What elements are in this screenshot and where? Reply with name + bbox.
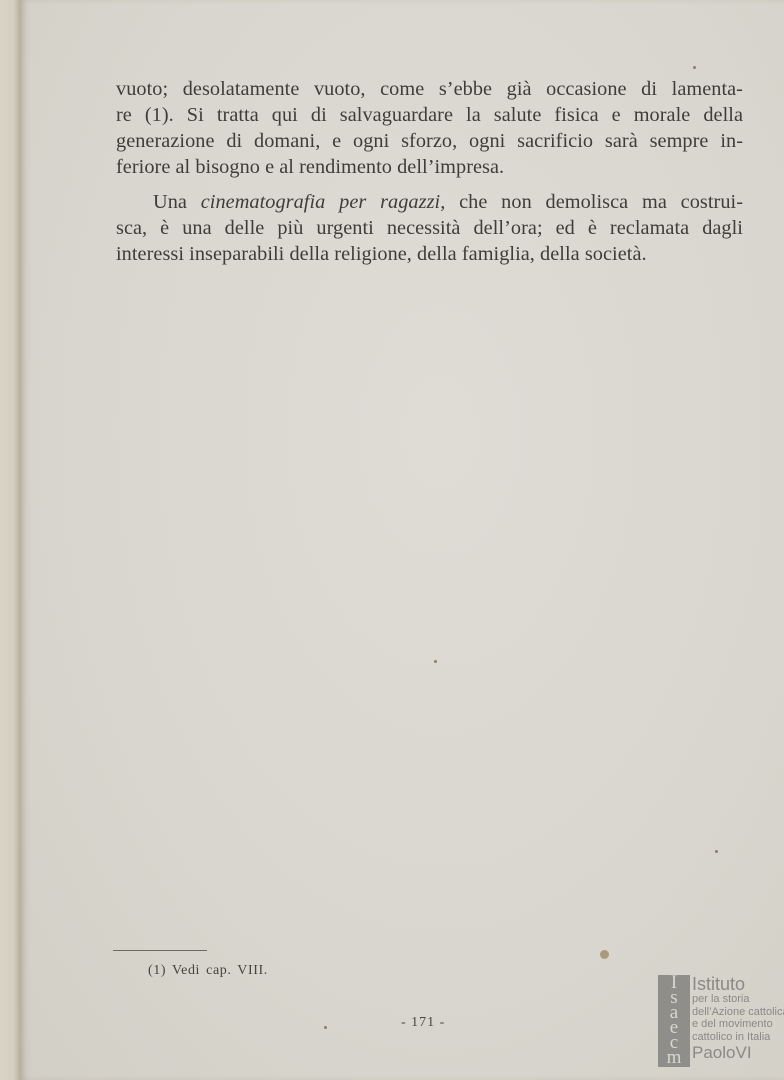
footnote-divider (113, 950, 207, 951)
text-line: generazione di domani, e ogni sforzo, og… (116, 128, 743, 154)
text-run: che non demolisca ma costrui- (445, 191, 743, 213)
page-number: - 171 - (401, 1015, 445, 1031)
text-run: Una (153, 191, 201, 213)
text-line: interessi inseparabili della religione, … (116, 241, 743, 267)
text-line: re (1). Si tratta qui di salvaguardare l… (116, 102, 743, 128)
watermark-name: PaoloVI (692, 1043, 784, 1063)
logo-letter: m (658, 1050, 690, 1065)
watermark-line: cattolico in Italia (692, 1031, 784, 1044)
watermark-title: Istituto (692, 975, 784, 993)
watermark-line: per la storia (692, 993, 784, 1006)
watermark-line: e del movimento (692, 1018, 784, 1031)
body-text: vuoto; desolatamente vuoto, come s’ebbe … (116, 76, 743, 267)
paper-speck (434, 660, 437, 663)
paper-stain (600, 950, 609, 959)
text-line: Una cinematografia per ragazzi, che non … (116, 189, 743, 215)
watermark-text: Istituto per la storia dell’Azione catto… (692, 975, 784, 1063)
archive-watermark: I s a e c m Istituto per la storia dell’… (658, 975, 778, 1070)
paper-speck (715, 850, 718, 853)
text-line: feriore al bisogno e al rendimento dell’… (116, 154, 743, 180)
paragraph-2: Una cinematografia per ragazzi, che non … (116, 189, 743, 267)
watermark-logo: I s a e c m (658, 975, 690, 1067)
paper-speck (324, 1026, 327, 1029)
previous-page-edge (0, 0, 20, 1080)
paragraph-1: vuoto; desolatamente vuoto, come s’ebbe … (116, 76, 743, 180)
watermark-line: dell’Azione cattolica (692, 1006, 784, 1019)
text-line: vuoto; desolatamente vuoto, come s’ebbe … (116, 76, 743, 102)
paper-speck (693, 66, 696, 69)
text-line: sca, è una delle più urgenti necessità d… (116, 215, 743, 241)
footnote: (1) Vedi cap. VIII. (148, 963, 268, 979)
italic-title: cinematografia per ragazzi, (201, 191, 446, 213)
book-page: vuoto; desolatamente vuoto, come s’ebbe … (20, 0, 784, 1080)
